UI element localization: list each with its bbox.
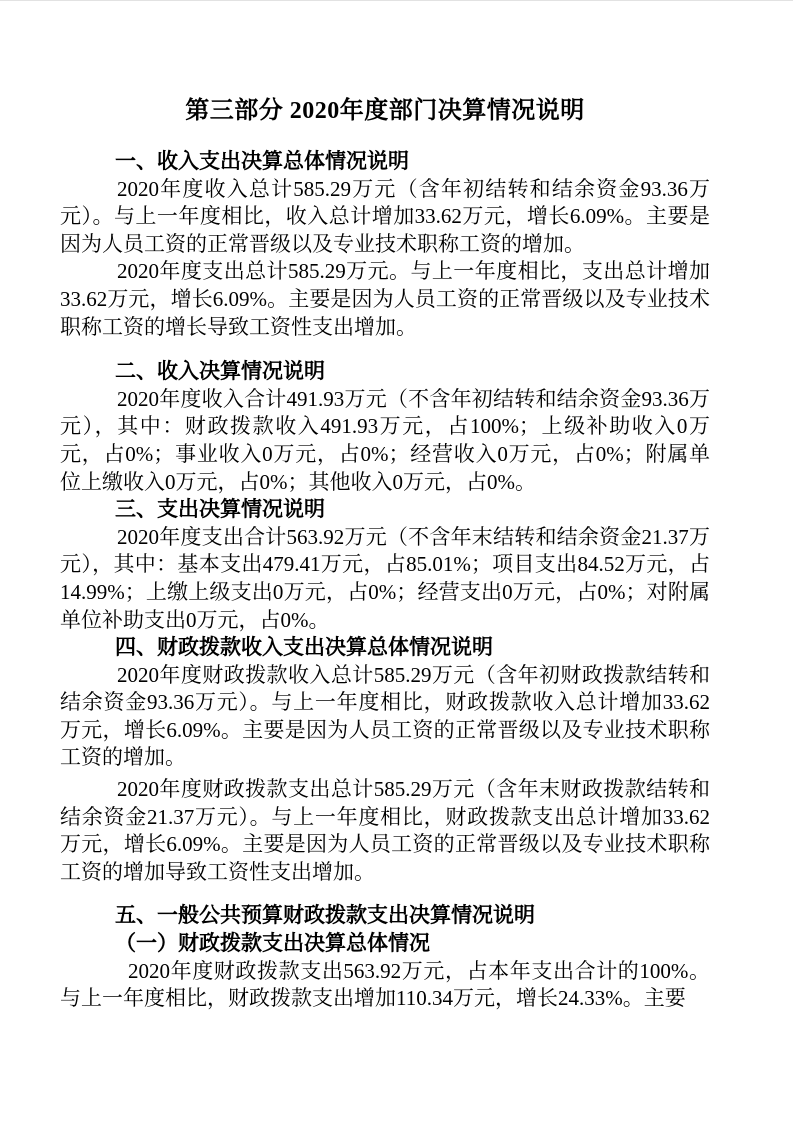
paragraph-income-total: 2020年度收入总计585.29万元（含年初结转和结余资金93.36万元）。与上… [60, 176, 710, 259]
section-heading-income-expense-overview: 一、收入支出决算总体情况说明 [60, 148, 710, 176]
document-content: 第三部分 2020年度部门决算情况说明 一、收入支出决算总体情况说明 2020年… [60, 1, 710, 1013]
paragraph-fiscal-expense-total: 2020年度财政拨款支出总计585.29万元（含年末财政拨款结转和结余资金21.… [60, 776, 710, 886]
paragraph-fiscal-expense-overview: 2020年度财政拨款支出563.92万元，占本年支出合计的100%。与上一年度相… [60, 958, 710, 1013]
section-heading-expense-detail: 三、支出决算情况说明 [60, 496, 710, 524]
document-page: 第三部分 2020年度部门决算情况说明 一、收入支出决算总体情况说明 2020年… [0, 0, 793, 1122]
section-heading-fiscal-appropriation-overview: 四、财政拨款收入支出决算总体情况说明 [60, 634, 710, 662]
paragraph-expense-total: 2020年度支出总计585.29万元。与上一年度相比，支出总计增加33.62万元… [60, 258, 710, 341]
paragraph-income-detail: 2020年度收入合计491.93万元（不含年初结转和结余资金93.36万元），其… [60, 386, 710, 496]
subsection-heading-fiscal-expense-overview: （一）财政拨款支出决算总体情况 [60, 930, 710, 958]
paragraph-fiscal-income-total: 2020年度财政拨款收入总计585.29万元（含年初财政拨款结转和结余资金93.… [60, 662, 710, 772]
section-heading-public-budget-expense: 五、一般公共预算财政拨款支出决算情况说明 [60, 902, 710, 930]
paragraph-expense-detail: 2020年度支出合计563.92万元（不含年末结转和结余资金21.37万元），其… [60, 524, 710, 634]
document-title: 第三部分 2020年度部门决算情况说明 [60, 96, 710, 127]
section-heading-income-detail: 二、收入决算情况说明 [60, 358, 710, 386]
